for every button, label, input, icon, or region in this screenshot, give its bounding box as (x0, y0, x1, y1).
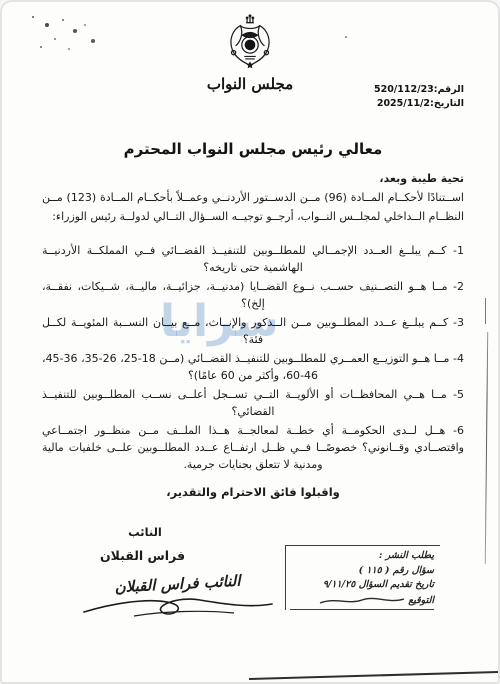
question-item: 4- مــا هــو التوزيــع العمــري للمطلــو… (42, 350, 464, 384)
question-text: مــا هــو التصــنيف حســب نــوع القضــاي… (42, 280, 448, 310)
stamp-signature-row: التوقيع (290, 594, 434, 611)
question-item: 6- هــل لــدى الحكومــة أي خطــة لمعالجـ… (42, 422, 464, 473)
signature-scribble (74, 594, 279, 624)
question-text: هــل لــدى الحكومــة أي خطــة لمعالجــة … (42, 424, 464, 471)
stamp-line: سؤال رقم ( ١١٥ ) (290, 564, 434, 579)
scanned-letter-page: سرايا مجلس النواب الرقم (0, 0, 500, 684)
page-title: معالي رئيس مجلس النواب المحترم (42, 140, 464, 158)
question-number: 4- (453, 352, 464, 365)
questions-list: 1- كــم يبلــغ العــدد الإجمــالي للمطلـ… (42, 242, 464, 473)
letter-body: معالي رئيس مجلس النواب المحترم تحية طيبة… (2, 2, 498, 499)
question-text: كــم يبلــغ عــدد المطلــوبين مــن الــذ… (42, 316, 448, 346)
question-number: 1- (453, 244, 464, 257)
signatory-title: النائب (110, 525, 180, 539)
question-text: كــم يبلــغ العــدد الإجمــالي للمطلــوب… (42, 244, 447, 274)
scan-line-artifact-bottom (249, 671, 500, 680)
stamp-signature-scribble (318, 595, 406, 607)
question-text: مــا هــو التوزيــع العمــري للمطلــوبين… (42, 352, 449, 382)
question-item: 2- مــا هــو التصــنيف حســب نــوع القضـ… (42, 278, 464, 312)
question-number: 3- (453, 316, 464, 329)
stamp-line: تاريخ تقديم السؤال ٩/١١/٢٥ (290, 578, 434, 593)
signatory-name: فراس القبلان (80, 548, 205, 563)
question-text: مــا هــي المحافظــات أو الألويــة التــ… (42, 388, 447, 418)
intro-paragraph: اســتنادًا لأحكــام المــادة (96) مــن ا… (42, 189, 464, 226)
question-item: 5- مــا هــي المحافظــات أو الألويــة ال… (42, 386, 464, 420)
closing-line: واقبلوا فائق الاحترام والتقدير، (42, 485, 464, 499)
question-item: 3- كــم يبلــغ عــدد المطلــوبين مــن ال… (42, 314, 464, 348)
question-item: 1- كــم يبلــغ العــدد الإجمــالي للمطلـ… (42, 242, 464, 276)
stamp-line: يطلب النشر : (290, 549, 434, 564)
receipt-stamp-box: يطلب النشر : سؤال رقم ( ١١٥ ) تاريخ تقدي… (285, 545, 440, 610)
greeting-line: تحية طيبة وبعد، (42, 172, 464, 185)
question-number: 5- (453, 388, 464, 401)
stamp-line: التوقيع (408, 594, 434, 609)
question-number: 6- (453, 424, 464, 437)
question-number: 2- (453, 280, 464, 293)
